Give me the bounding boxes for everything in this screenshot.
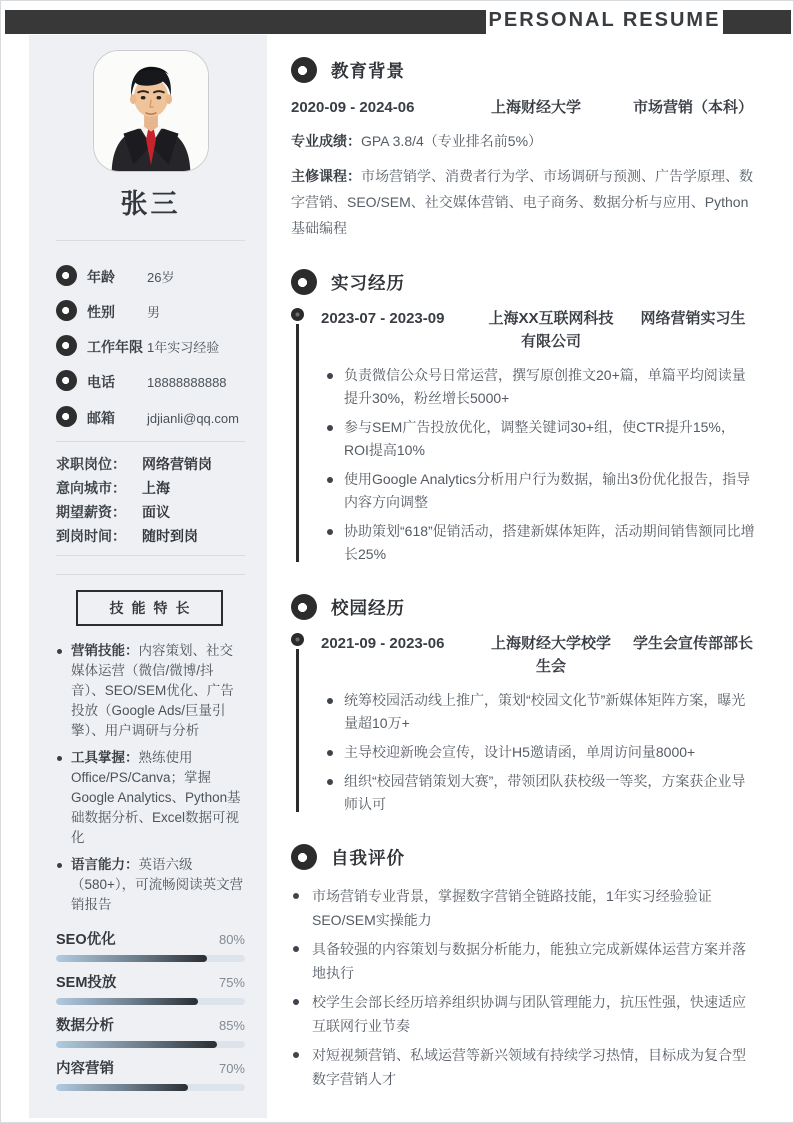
self-evaluation-bullet-list: 市场营销专业背景，掌握数字营销全链路技能，1年实习经验验证SEO/SEM实操能力…	[291, 884, 757, 1091]
progress-item-data-analysis: 数据分析 85%	[56, 1014, 245, 1048]
progress-fill	[56, 998, 198, 1005]
progress-percent: 70%	[219, 1061, 245, 1076]
education-major: 市场营销（本科）	[629, 96, 757, 119]
section-campus: 校园经历 2021-09 - 2023-06 上海财经大学校学生会 学生会宣传部…	[291, 594, 757, 816]
progress-label: 数据分析	[56, 1014, 114, 1035]
intent-row-salary: 期望薪资： 面议	[56, 503, 245, 522]
progress-track	[56, 1041, 245, 1048]
info-row-experience-years: 工作年限 1年实习经验	[56, 335, 245, 358]
info-value: 男	[147, 300, 245, 323]
education-gpa-row: 专业成绩：GPA 3.8/4（专业排名前5%）	[291, 128, 757, 154]
progress-label: SEO优化	[56, 928, 116, 949]
info-row-gender: 性别 男	[56, 300, 245, 323]
info-value: 18888888888	[147, 370, 245, 393]
intent-label: 期望薪资：	[56, 503, 142, 522]
info-row-age: 年龄 26岁	[56, 265, 245, 288]
personal-info-list: 年龄 26岁 性别 男 工作年限 1年实习经验 电话 18888888888 邮…	[56, 265, 245, 429]
internship-date: 2023-07 - 2023-09	[321, 307, 473, 353]
section-bullet-icon	[291, 57, 317, 83]
info-label: 性别	[87, 300, 147, 322]
info-label: 电话	[87, 370, 147, 392]
intent-row-availability: 到岗时间： 随时到岗	[56, 527, 245, 546]
intent-value: 网络营销岗	[142, 455, 245, 474]
progress-label: 内容营销	[56, 1057, 114, 1078]
progress-item-sem: SEM投放 75%	[56, 971, 245, 1005]
info-label: 邮箱	[87, 406, 147, 428]
timeline-dot-icon	[291, 308, 304, 321]
bullet-item: 市场营销专业背景，掌握数字营销全链路技能，1年实习经验验证SEO/SEM实操能力	[291, 884, 757, 932]
intent-label: 到岗时间：	[56, 527, 142, 546]
bullet-item: 对短视频营销、私域运营等新兴领域有持续学习热情，目标成为复合型数字营销人才	[291, 1043, 757, 1091]
internship-role: 网络营销实习生	[629, 307, 757, 353]
skill-item-tools: 工具掌握：熟练使用Office/PS/Canva；掌握Google Analyt…	[56, 748, 245, 848]
resume-page: PERSONAL RESUME	[0, 0, 794, 1123]
intent-value: 面议	[142, 503, 245, 522]
skill-item-marketing: 营销技能：内容策划、社交媒体运营（微信/微博/抖音）、SEO/SEM优化、广告投…	[56, 641, 245, 741]
intent-row-position: 求职岗位： 网络营销岗	[56, 455, 245, 474]
skills-list: 营销技能：内容策划、社交媒体运营（微信/微博/抖音）、SEO/SEM优化、广告投…	[56, 641, 245, 915]
info-value: 26岁	[147, 265, 245, 288]
internship-header-row: 2023-07 - 2023-09 上海XX互联网科技有限公司 网络营销实习生	[321, 307, 757, 353]
intent-value: 随时到岗	[142, 527, 245, 546]
intent-row-city: 意向城市： 上海	[56, 479, 245, 498]
divider	[56, 441, 245, 442]
timeline-dot-icon	[291, 633, 304, 646]
bullet-item: 负责微信公众号日常运营，撰写原创推文20+篇，单篇平均阅读量提升30%，粉丝增长…	[321, 364, 757, 410]
sidebar: 张三 年龄 26岁 性别 男 工作年限 1年实习经验 电话 188888888	[29, 35, 267, 1118]
section-internship: 实习经历 2023-07 - 2023-09 上海XX互联网科技有限公司 网络营…	[291, 269, 757, 566]
campus-timeline: 2021-09 - 2023-06 上海财经大学校学生会 学生会宣传部部长 统筹…	[291, 632, 757, 816]
internship-bullet-list: 负责微信公众号日常运营，撰写原创推文20+篇，单篇平均阅读量提升30%，粉丝增长…	[321, 364, 757, 566]
bullet-item: 使用Google Analytics分析用户行为数据，输出3份优化报告，指导内容…	[321, 468, 757, 514]
progress-track	[56, 955, 245, 962]
section-self-evaluation: 自我评价 市场营销专业背景，掌握数字营销全链路技能，1年实习经验验证SEO/SE…	[291, 844, 757, 1091]
gpa-label: 专业成绩：	[291, 133, 361, 149]
progress-label: SEM投放	[56, 971, 116, 992]
education-school: 上海财经大学	[470, 96, 602, 119]
internship-company: 上海XX互联网科技有限公司	[485, 307, 617, 353]
progress-percent: 85%	[219, 1018, 245, 1033]
section-title: 教育背景	[331, 58, 405, 83]
info-label: 年龄	[87, 265, 147, 287]
info-value: 1年实习经验	[147, 335, 245, 358]
bullet-item: 组织“校园营销策划大赛”，带领团队获校级一等奖，方案获企业导师认可	[321, 770, 757, 816]
avatar-portrait-icon	[94, 51, 208, 171]
campus-role: 学生会宣传部部长	[629, 632, 757, 678]
record-dot-icon	[56, 406, 77, 427]
progress-fill	[56, 1041, 217, 1048]
progress-fill	[56, 955, 207, 962]
courses-label: 主修课程：	[291, 168, 361, 184]
skill-label: 营销技能：	[71, 643, 139, 658]
intent-label: 求职岗位：	[56, 455, 142, 474]
divider	[56, 574, 245, 575]
section-title: 校园经历	[331, 595, 405, 620]
education-date: 2020-09 - 2024-06	[291, 96, 443, 119]
intent-value: 上海	[142, 479, 245, 498]
progress-fill	[56, 1084, 188, 1091]
gpa-value: GPA 3.8/4（专业排名前5%）	[361, 133, 542, 149]
section-bullet-icon	[291, 269, 317, 295]
skills-section-title: 技能特长	[76, 590, 223, 626]
progress-track	[56, 1084, 245, 1091]
education-courses-row: 主修课程：市场营销学、消费者行为学、市场调研与预测、广告学原理、数字营销、SEO…	[291, 163, 757, 241]
progress-item-seo: SEO优化 80%	[56, 928, 245, 962]
progress-track	[56, 998, 245, 1005]
campus-organization: 上海财经大学校学生会	[485, 632, 617, 678]
progress-percent: 75%	[219, 975, 245, 990]
banner-title: PERSONAL RESUME	[486, 1, 723, 39]
skill-progress-list: SEO优化 80% SEM投放 75% 数据分析 85%	[56, 928, 245, 1091]
bullet-item: 统筹校园活动线上推广，策划“校园文化节”新媒体矩阵方案，曝光量超10万+	[321, 689, 757, 735]
candidate-name: 张三	[56, 187, 245, 221]
bullet-item: 校学生会部长经历培养组织协调与团队管理能力，抗压性强，快速适应互联网行业节奏	[291, 990, 757, 1038]
internship-timeline: 2023-07 - 2023-09 上海XX互联网科技有限公司 网络营销实习生 …	[291, 307, 757, 566]
info-value: jdjianli@qq.com	[147, 406, 245, 429]
record-dot-icon	[56, 370, 77, 391]
info-row-phone: 电话 18888888888	[56, 370, 245, 393]
campus-bullet-list: 统筹校园活动线上推广，策划“校园文化节”新媒体矩阵方案，曝光量超10万+ 主导校…	[321, 689, 757, 816]
section-bullet-icon	[291, 844, 317, 870]
skill-label: 工具掌握：	[71, 750, 139, 765]
bullet-item: 主导校迎新晚会宣传，设计H5邀请函，单周访问量8000+	[321, 741, 757, 764]
section-education: 教育背景 2020-09 - 2024-06 上海财经大学 市场营销（本科） 专…	[291, 57, 757, 241]
skill-label: 语言能力：	[71, 857, 139, 872]
record-dot-icon	[56, 265, 77, 286]
campus-date: 2021-09 - 2023-06	[321, 632, 473, 678]
progress-item-content-marketing: 内容营销 70%	[56, 1057, 245, 1091]
divider	[56, 240, 245, 241]
bullet-item: 协助策划“618”促销活动，搭建新媒体矩阵，活动期间销售额同比增长25%	[321, 520, 757, 566]
courses-text: 市场营销学、消费者行为学、市场调研与预测、广告学原理、数字营销、SEO/SEM、…	[291, 168, 753, 236]
main-content: 教育背景 2020-09 - 2024-06 上海财经大学 市场营销（本科） 专…	[291, 57, 757, 1096]
job-intent-list: 求职岗位： 网络营销岗 意向城市： 上海 期望薪资： 面议 到岗时间： 随时到岗	[56, 455, 245, 546]
progress-percent: 80%	[219, 932, 245, 947]
section-bullet-icon	[291, 594, 317, 620]
section-title: 实习经历	[331, 270, 405, 295]
info-label: 工作年限	[87, 335, 147, 357]
section-title: 自我评价	[331, 845, 405, 870]
avatar	[93, 50, 209, 172]
education-header-row: 2020-09 - 2024-06 上海财经大学 市场营销（本科）	[291, 96, 757, 119]
record-dot-icon	[56, 335, 77, 356]
campus-header-row: 2021-09 - 2023-06 上海财经大学校学生会 学生会宣传部部长	[321, 632, 757, 678]
bullet-item: 具备较强的内容策划与数据分析能力，能独立完成新媒体运营方案并落地执行	[291, 937, 757, 985]
skill-item-language: 语言能力：英语六级（580+），可流畅阅读英文营销报告	[56, 855, 245, 915]
info-row-email: 邮箱 jdjianli@qq.com	[56, 406, 245, 429]
divider	[56, 555, 245, 556]
record-dot-icon	[56, 300, 77, 321]
bullet-item: 参与SEM广告投放优化，调整关键词30+组，使CTR提升15%，ROI提高10%	[321, 416, 757, 462]
intent-label: 意向城市：	[56, 479, 142, 498]
